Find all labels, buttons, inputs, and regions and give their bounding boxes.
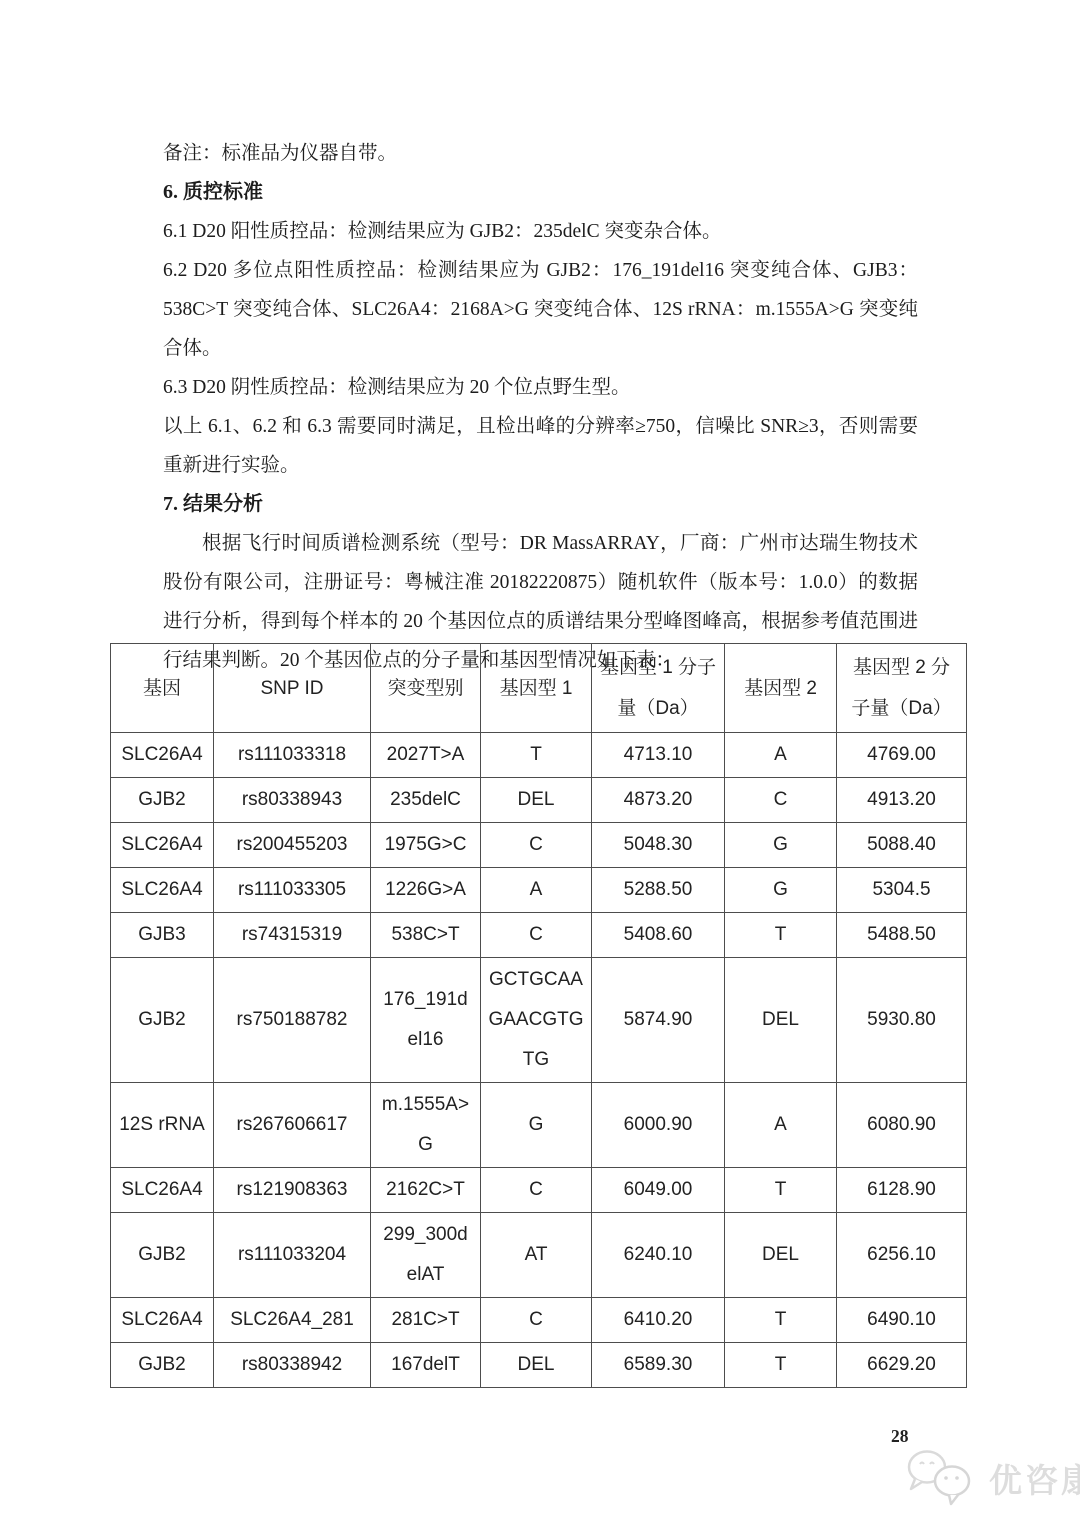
cell-mw2: 4913.20: [837, 778, 967, 823]
column-header: 基因型 1: [481, 644, 592, 733]
watermark: 优咨康: [905, 1445, 1080, 1512]
cell-mw2: 6080.90: [837, 1083, 967, 1168]
cell-genotype1: A: [481, 868, 592, 913]
page-number: 28: [891, 1426, 909, 1447]
cell-gene: 12S rRNA: [111, 1083, 214, 1168]
cell-snp-id: rs111033305: [214, 868, 371, 913]
cell-mw2: 4769.00: [837, 733, 967, 778]
column-header: 基因型 2: [725, 644, 837, 733]
table-row: GJB2 rs80338943 235delC DEL 4873.20 C 49…: [111, 778, 967, 823]
cell-genotype1: AT: [481, 1213, 592, 1298]
cell-snp-id: rs111033204: [214, 1213, 371, 1298]
section-7-heading: 7. 结果分析: [163, 485, 918, 524]
cell-gene: SLC26A4: [111, 1298, 214, 1343]
table-row: GJB2 rs80338942 167delT DEL 6589.30 T 66…: [111, 1343, 967, 1388]
cell-gene: GJB2: [111, 1213, 214, 1298]
cell-mw1: 6240.10: [592, 1213, 725, 1298]
remark-note: 备注：标准品为仪器自带。: [163, 134, 918, 173]
cell-gene: SLC26A4: [111, 823, 214, 868]
cell-mutation: 235delC: [371, 778, 481, 823]
cell-mutation: m.1555A>G: [371, 1083, 481, 1168]
cell-genotype1: C: [481, 823, 592, 868]
cell-genotype1: DEL: [481, 1343, 592, 1388]
table-row: SLC26A4 rs111033318 2027T>A T 4713.10 A …: [111, 733, 967, 778]
document-page: { "page": { "note": "备注：标准品为仪器自带。", "sec…: [0, 0, 1080, 1528]
cell-mutation: 538C>T: [371, 913, 481, 958]
cell-gene: GJB3: [111, 913, 214, 958]
document-body: 备注：标准品为仪器自带。 6. 质控标准 6.1 D20 阳性质控品：检测结果应…: [163, 134, 918, 680]
cell-mutation: 167delT: [371, 1343, 481, 1388]
chat-bubbles-logo-icon: [905, 1445, 983, 1512]
cell-mw2: 5930.80: [837, 958, 967, 1083]
cell-mw1: 4713.10: [592, 733, 725, 778]
cell-mutation: 1226G>A: [371, 868, 481, 913]
table-row: GJB3 rs74315319 538C>T C 5408.60 T 5488.…: [111, 913, 967, 958]
cell-snp-id: SLC26A4_281: [214, 1298, 371, 1343]
table-body: SLC26A4 rs111033318 2027T>A T 4713.10 A …: [111, 733, 967, 1388]
cell-genotype2: T: [725, 1343, 837, 1388]
cell-snp-id: rs74315319: [214, 913, 371, 958]
cell-mw2: 5488.50: [837, 913, 967, 958]
cell-mw1: 5288.50: [592, 868, 725, 913]
qc-items: 6.1 D20 阳性质控品：检测结果应为 GJB2：235delC 突变杂合体。…: [163, 212, 918, 407]
cell-mutation: 2162C>T: [371, 1168, 481, 1213]
cell-mutation: 2027T>A: [371, 733, 481, 778]
table-header-row: 基因 SNP ID 突变型别 基因型 1 基因型 1 分子量（Da） 基因型 2…: [111, 644, 967, 733]
cell-mw1: 6589.30: [592, 1343, 725, 1388]
cell-mw1: 6000.90: [592, 1083, 725, 1168]
cell-gene: GJB2: [111, 778, 214, 823]
cell-genotype1: G: [481, 1083, 592, 1168]
cell-snp-id: rs121908363: [214, 1168, 371, 1213]
qc-item: 6.1 D20 阳性质控品：检测结果应为 GJB2：235delC 突变杂合体。: [163, 212, 918, 251]
cell-genotype1: T: [481, 733, 592, 778]
cell-mw2: 6490.10: [837, 1298, 967, 1343]
cell-mw1: 5874.90: [592, 958, 725, 1083]
cell-gene: GJB2: [111, 1343, 214, 1388]
cell-genotype2: G: [725, 868, 837, 913]
cell-mutation: 1975G>C: [371, 823, 481, 868]
cell-snp-id: rs267606617: [214, 1083, 371, 1168]
table-row: GJB2 rs750188782 176_191del16 GCTGCAAGAA…: [111, 958, 967, 1083]
cell-genotype1: C: [481, 1168, 592, 1213]
watermark-text: 优咨康: [989, 1455, 1080, 1502]
cell-genotype2: T: [725, 1298, 837, 1343]
cell-genotype1: C: [481, 913, 592, 958]
cell-mw2: 6256.10: [837, 1213, 967, 1298]
cell-mw1: 6410.20: [592, 1298, 725, 1343]
cell-genotype1: DEL: [481, 778, 592, 823]
cell-mw1: 5408.60: [592, 913, 725, 958]
genotype-table: 基因 SNP ID 突变型别 基因型 1 基因型 1 分子量（Da） 基因型 2…: [110, 643, 967, 1388]
section-6-heading: 6. 质控标准: [163, 173, 918, 212]
table-row: SLC26A4 rs111033305 1226G>A A 5288.50 G …: [111, 868, 967, 913]
qc-summary: 以上 6.1、6.2 和 6.3 需要同时满足，且检出峰的分辨率≥750，信噪比…: [163, 407, 918, 485]
cell-genotype2: DEL: [725, 1213, 837, 1298]
cell-mutation: 299_300delAT: [371, 1213, 481, 1298]
cell-genotype2: T: [725, 1168, 837, 1213]
cell-genotype2: A: [725, 1083, 837, 1168]
cell-genotype2: T: [725, 913, 837, 958]
column-header: 基因型 2 分子量（Da）: [837, 644, 967, 733]
cell-mw1: 4873.20: [592, 778, 725, 823]
column-header: 基因型 1 分子量（Da）: [592, 644, 725, 733]
cell-mw1: 6049.00: [592, 1168, 725, 1213]
column-header: SNP ID: [214, 644, 371, 733]
table-row: SLC26A4 rs200455203 1975G>C C 5048.30 G …: [111, 823, 967, 868]
cell-gene: SLC26A4: [111, 868, 214, 913]
cell-snp-id: rs200455203: [214, 823, 371, 868]
column-header: 突变型别: [371, 644, 481, 733]
table-row: SLC26A4 rs121908363 2162C>T C 6049.00 T …: [111, 1168, 967, 1213]
cell-genotype2: DEL: [725, 958, 837, 1083]
cell-genotype1: GCTGCAAGAACGTGTG: [481, 958, 592, 1083]
cell-mw2: 6629.20: [837, 1343, 967, 1388]
genotype-table-container: 基因 SNP ID 突变型别 基因型 1 基因型 1 分子量（Da） 基因型 2…: [110, 643, 966, 1388]
cell-gene: GJB2: [111, 958, 214, 1083]
cell-snp-id: rs111033318: [214, 733, 371, 778]
cell-genotype2: A: [725, 733, 837, 778]
cell-genotype2: G: [725, 823, 837, 868]
cell-gene: SLC26A4: [111, 1168, 214, 1213]
cell-mw2: 5304.5: [837, 868, 967, 913]
cell-mutation: 281C>T: [371, 1298, 481, 1343]
cell-genotype2: C: [725, 778, 837, 823]
cell-genotype1: C: [481, 1298, 592, 1343]
table-row: SLC26A4 SLC26A4_281 281C>T C 6410.20 T 6…: [111, 1298, 967, 1343]
cell-mw2: 5088.40: [837, 823, 967, 868]
table-row: 12S rRNA rs267606617 m.1555A>G G 6000.90…: [111, 1083, 967, 1168]
column-header: 基因: [111, 644, 214, 733]
cell-snp-id: rs750188782: [214, 958, 371, 1083]
cell-gene: SLC26A4: [111, 733, 214, 778]
cell-snp-id: rs80338942: [214, 1343, 371, 1388]
table-row: GJB2 rs111033204 299_300delAT AT 6240.10…: [111, 1213, 967, 1298]
cell-snp-id: rs80338943: [214, 778, 371, 823]
qc-item: 6.3 D20 阴性质控品：检测结果应为 20 个位点野生型。: [163, 368, 918, 407]
cell-mw1: 5048.30: [592, 823, 725, 868]
qc-item: 6.2 D20 多位点阳性质控品：检测结果应为 GJB2：176_191del1…: [163, 251, 918, 368]
cell-mutation: 176_191del16: [371, 958, 481, 1083]
cell-mw2: 6128.90: [837, 1168, 967, 1213]
